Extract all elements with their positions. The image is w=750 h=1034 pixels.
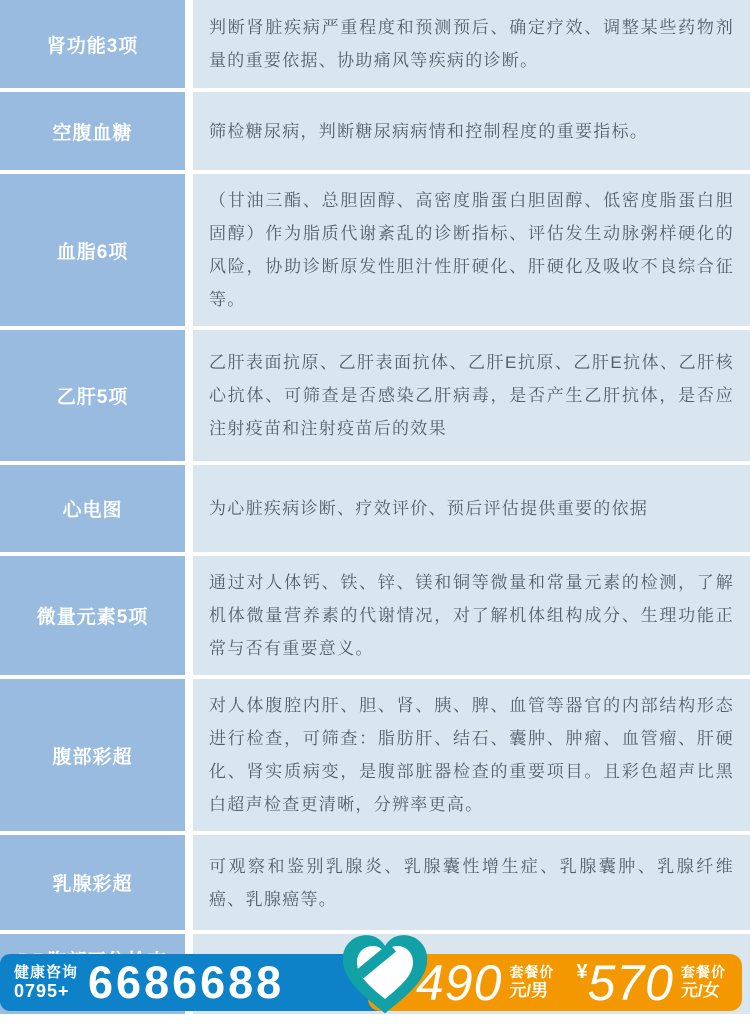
exam-desc-cell: 对人体腹腔内肝、胆、肾、胰、脾、血管等器官的内部结构形态进行检查，可筛查：脂肪肝… — [193, 679, 750, 831]
exam-name-cell: 乙肝5项 — [0, 330, 185, 461]
exam-name-cell: 肾功能3项 — [0, 0, 185, 88]
phone-prefix: 0795+ — [14, 981, 78, 1002]
table-row: 空腹血糖 筛检糖尿病，判断糖尿病病情和控制程度的重要指标。 — [0, 92, 750, 170]
exam-name-cell: 心电图 — [0, 465, 185, 552]
footer-banner: 健康咨询 0795+ 6686688 ¥ 490 套餐价 元/男 ¥ 570 — [0, 952, 750, 1034]
table-row: 血脂6项 （甘油三酯、总胆固醇、高密度脂蛋白胆固醇、低密度脂蛋白胆固醇）作为脂质… — [0, 174, 750, 326]
exam-name: 空腹血糖 — [52, 118, 132, 145]
yen-symbol: ¥ — [576, 961, 587, 984]
heart-check-icon — [337, 929, 433, 1019]
exam-name: 心电图 — [62, 495, 122, 522]
table-row: 肾功能3项 判断肾脏疾病严重程度和预测预后、确定疗效、调整某些药物剂量的重要依据… — [0, 0, 750, 88]
checkup-package-page: 肾功能3项 判断肾脏疾病严重程度和预测预后、确定疗效、调整某些药物剂量的重要依据… — [0, 0, 750, 1034]
exam-desc: （甘油三酯、总胆固醇、高密度脂蛋白胆固醇、低密度脂蛋白胆固醇）作为脂质代谢紊乱的… — [209, 184, 734, 316]
exam-desc: 为心脏疾病诊断、疗效评价、预后评估提供重要的依据 — [209, 492, 648, 525]
exam-name: 腹部彩超 — [52, 742, 132, 769]
exam-desc-cell: 判断肾脏疾病严重程度和预测预后、确定疗效、调整某些药物剂量的重要依据、协助痛风等… — [193, 0, 750, 88]
exam-name: 血脂6项 — [57, 237, 129, 264]
exam-desc: 通过对人体钙、铁、锌、镁和铜等微量和常量元素的检测，了解机体微量营养素的代谢情况… — [209, 566, 734, 665]
exam-name-cell: 血脂6项 — [0, 174, 185, 326]
table-row: 微量元素5项 通过对人体钙、铁、锌、镁和铜等微量和常量元素的检测，了解机体微量营… — [0, 556, 750, 675]
exam-desc: 对人体腹腔内肝、胆、肾、胰、脾、血管等器官的内部结构形态进行检查，可筛查：脂肪肝… — [209, 689, 734, 821]
exam-desc: 乙肝表面抗原、乙肝表面抗体、乙肝E抗原、乙肝E抗体、乙肝核心抗体、可筛查是否感染… — [209, 346, 734, 445]
exam-name: 乙肝5项 — [57, 382, 129, 409]
exam-table: 肾功能3项 判断肾脏疾病严重程度和预测预后、确定疗效、调整某些药物剂量的重要依据… — [0, 0, 750, 1014]
exam-desc: 可观察和鉴别乳腺炎、乳腺囊性增生症、乳腺囊肿、乳腺纤维癌、乳腺癌等。 — [209, 850, 734, 916]
price-tag-label: 套餐价 — [509, 964, 554, 981]
consult-text: 健康咨询 — [14, 964, 78, 981]
exam-name-cell: 微量元素5项 — [0, 556, 185, 675]
exam-desc-cell: （甘油三酯、总胆固醇、高密度脂蛋白胆固醇、低密度脂蛋白胆固醇）作为脂质代谢紊乱的… — [193, 174, 750, 326]
consult-label: 健康咨询 0795+ — [14, 964, 78, 1002]
table-row: 腹部彩超 对人体腹腔内肝、胆、肾、胰、脾、血管等器官的内部结构形态进行检查，可筛… — [0, 679, 750, 831]
price-female: ¥ 570 套餐价 元/女 — [576, 958, 726, 1008]
exam-desc: 筛检糖尿病，判断糖尿病病情和控制程度的重要指标。 — [209, 115, 648, 148]
exam-name-cell: 空腹血糖 — [0, 92, 185, 170]
exam-name: 微量元素5项 — [37, 602, 149, 629]
price-tag: 套餐价 元/男 — [509, 964, 554, 1001]
table-row: 乳腺彩超 可观察和鉴别乳腺炎、乳腺囊性增生症、乳腺囊肿、乳腺纤维癌、乳腺癌等。 — [0, 835, 750, 930]
exam-name-cell: 乳腺彩超 — [0, 835, 185, 930]
phone-number: 6686688 — [88, 957, 284, 1009]
exam-desc: 判断肾脏疾病严重程度和预测预后、确定疗效、调整某些药物剂量的重要依据、协助痛风等… — [209, 11, 734, 77]
table-row: 心电图 为心脏疾病诊断、疗效评价、预后评估提供重要的依据 — [0, 465, 750, 552]
price-tag: 套餐价 元/女 — [681, 964, 726, 1001]
exam-name: 肾功能3项 — [47, 31, 139, 58]
price-tag-label: 套餐价 — [681, 964, 726, 981]
price-unit: 元/女 — [681, 981, 726, 1001]
exam-desc-cell: 为心脏疾病诊断、疗效评价、预后评估提供重要的依据 — [193, 465, 750, 552]
table-row: 乙肝5项 乙肝表面抗原、乙肝表面抗体、乙肝E抗原、乙肝E抗体、乙肝核心抗体、可筛… — [0, 330, 750, 461]
exam-name: 乳腺彩超 — [52, 869, 132, 896]
price-list: ¥ 490 套餐价 元/男 ¥ 570 套餐价 元/女 — [405, 958, 726, 1008]
price-unit: 元/男 — [509, 981, 554, 1001]
exam-name-cell: 腹部彩超 — [0, 679, 185, 831]
exam-desc-cell: 通过对人体钙、铁、锌、镁和铜等微量和常量元素的检测，了解机体微量营养素的代谢情况… — [193, 556, 750, 675]
price-amount: 570 — [588, 958, 674, 1008]
exam-desc-cell: 乙肝表面抗原、乙肝表面抗体、乙肝E抗原、乙肝E抗体、乙肝核心抗体、可筛查是否感染… — [193, 330, 750, 461]
exam-desc-cell: 筛检糖尿病，判断糖尿病病情和控制程度的重要指标。 — [193, 92, 750, 170]
exam-desc-cell: 可观察和鉴别乳腺炎、乳腺囊性增生症、乳腺囊肿、乳腺纤维癌、乳腺癌等。 — [193, 835, 750, 930]
